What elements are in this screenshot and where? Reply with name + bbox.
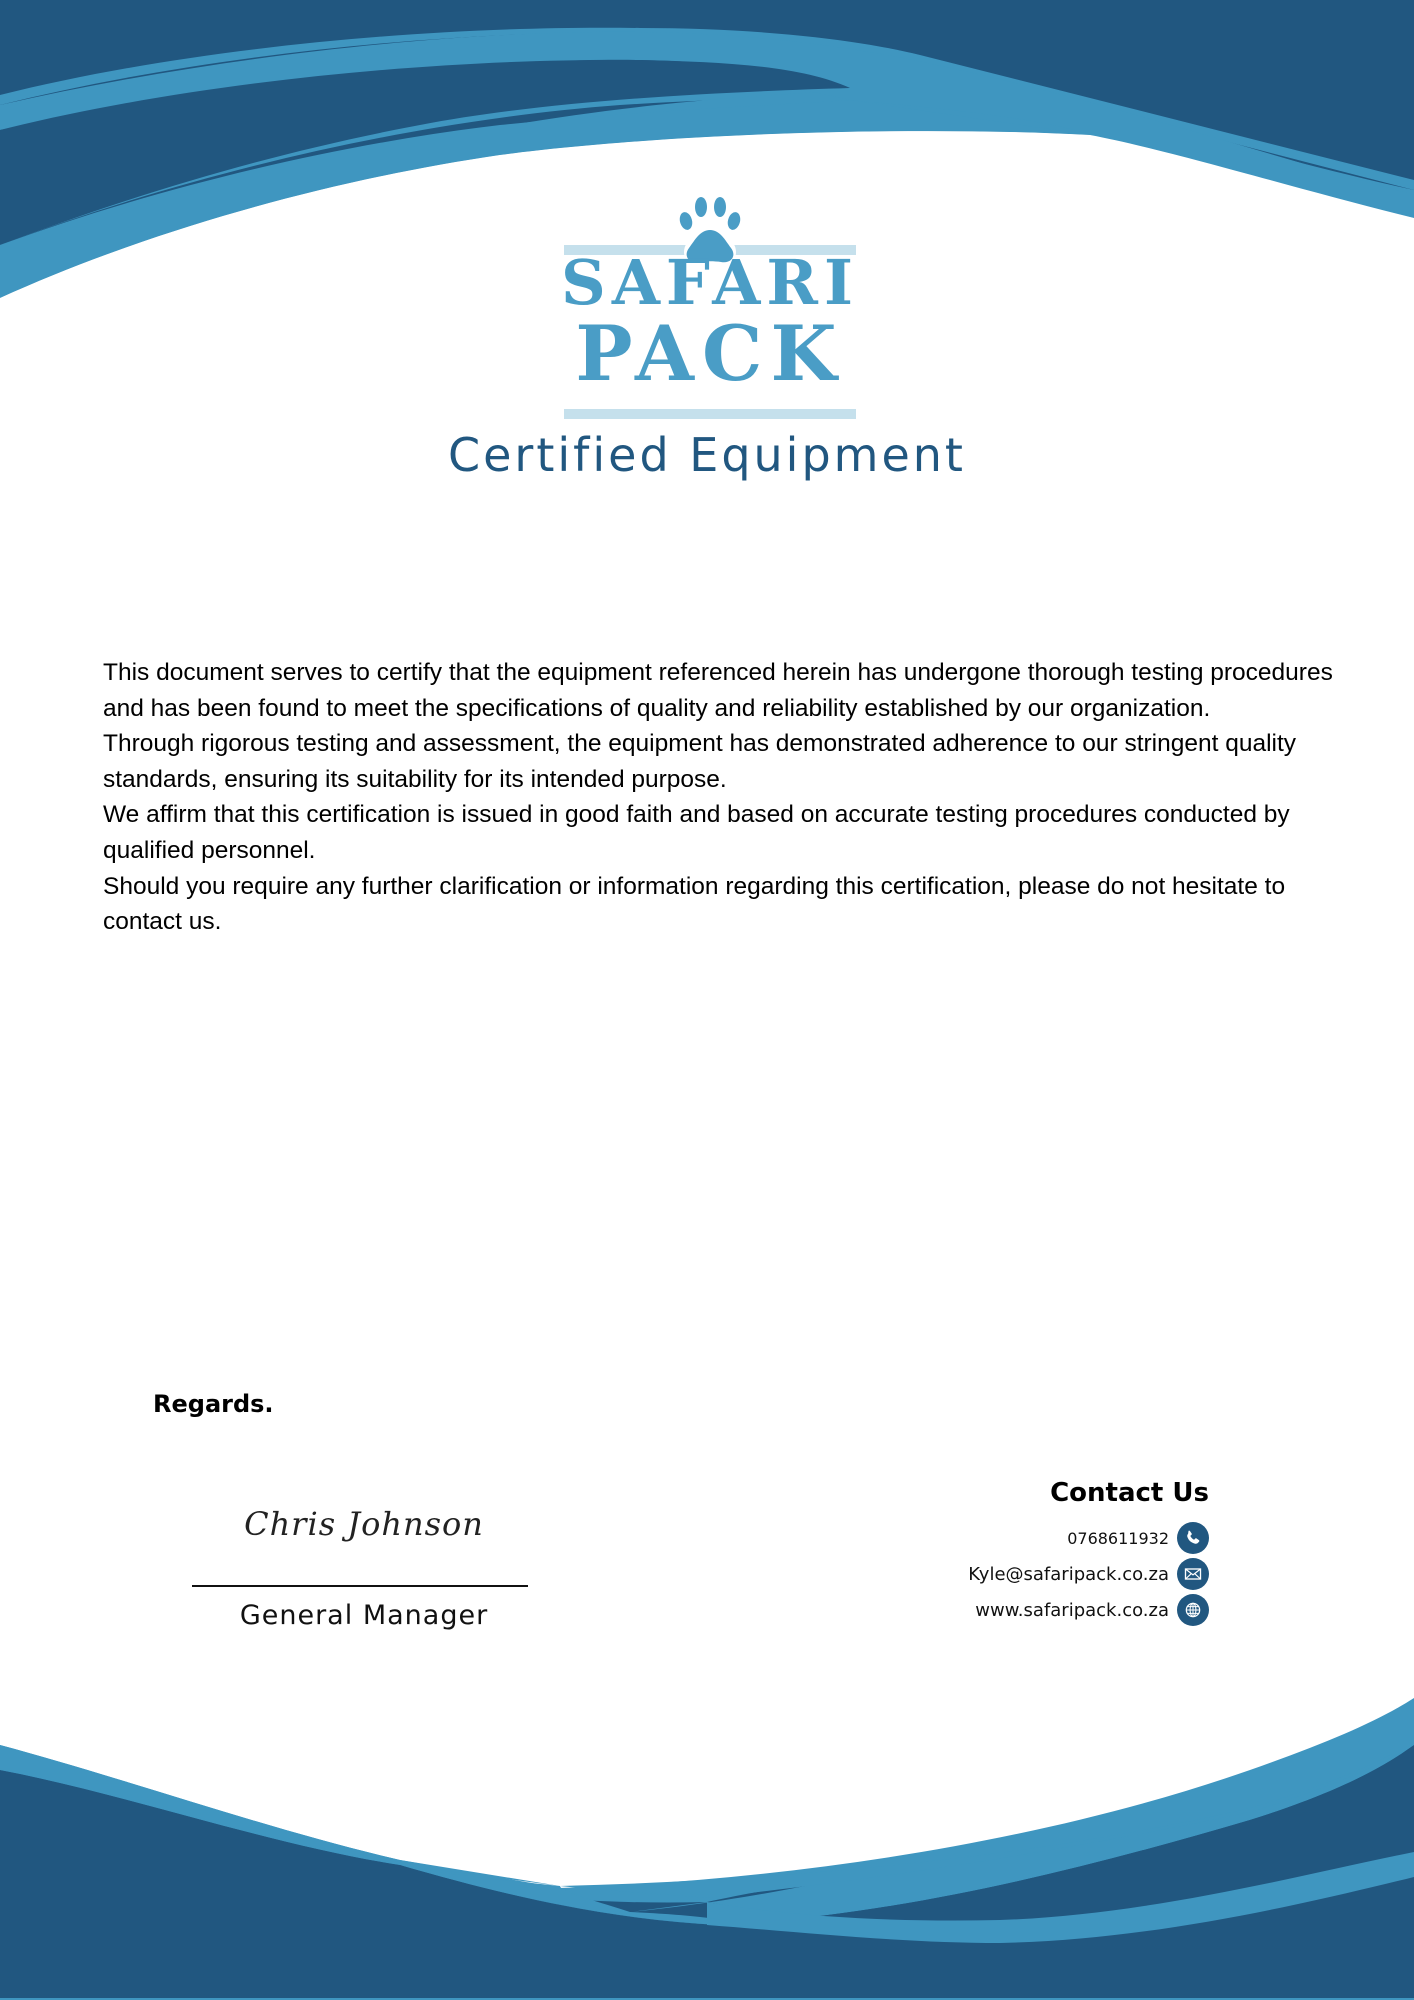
- body-paragraph: Through rigorous testing and assessment,…: [103, 726, 1333, 797]
- body-paragraph: Should you require any further clarifica…: [103, 869, 1333, 940]
- signature: Chris Johnson: [192, 1505, 536, 1543]
- body-paragraph: This document serves to certify that the…: [103, 655, 1333, 726]
- logo-text-pack: PACK: [540, 316, 880, 392]
- regards-label: Regards.: [153, 1390, 274, 1418]
- globe-icon: [1177, 1594, 1209, 1626]
- mail-icon: [1177, 1558, 1209, 1590]
- contact-phone: 0768611932: [968, 1520, 1209, 1556]
- contact-website: www.safaripack.co.za: [968, 1592, 1209, 1628]
- certificate-body: This document serves to certify that the…: [103, 655, 1333, 940]
- footer-wave-decoration: [0, 1680, 1414, 2000]
- email-address[interactable]: Kyle@safaripack.co.za: [968, 1564, 1169, 1585]
- signature-line: [192, 1585, 528, 1587]
- phone-number[interactable]: 0768611932: [1067, 1529, 1169, 1548]
- body-paragraph: We affirm that this certification is iss…: [103, 797, 1333, 868]
- contact-title: Contact Us: [968, 1478, 1209, 1508]
- contact-section: Contact Us 0768611932 Kyle@safaripack.co…: [968, 1478, 1209, 1628]
- website-url[interactable]: www.safaripack.co.za: [975, 1600, 1169, 1621]
- logo-bar-bottom: [564, 409, 856, 419]
- logo-text-safari: SAFARI: [540, 252, 880, 314]
- document-title: Certified Equipment: [0, 428, 1414, 482]
- safari-pack-logo: SAFARI PACK: [540, 180, 880, 420]
- signatory-role: General Manager: [192, 1600, 536, 1631]
- contact-email: Kyle@safaripack.co.za: [968, 1556, 1209, 1592]
- phone-icon: [1177, 1522, 1209, 1554]
